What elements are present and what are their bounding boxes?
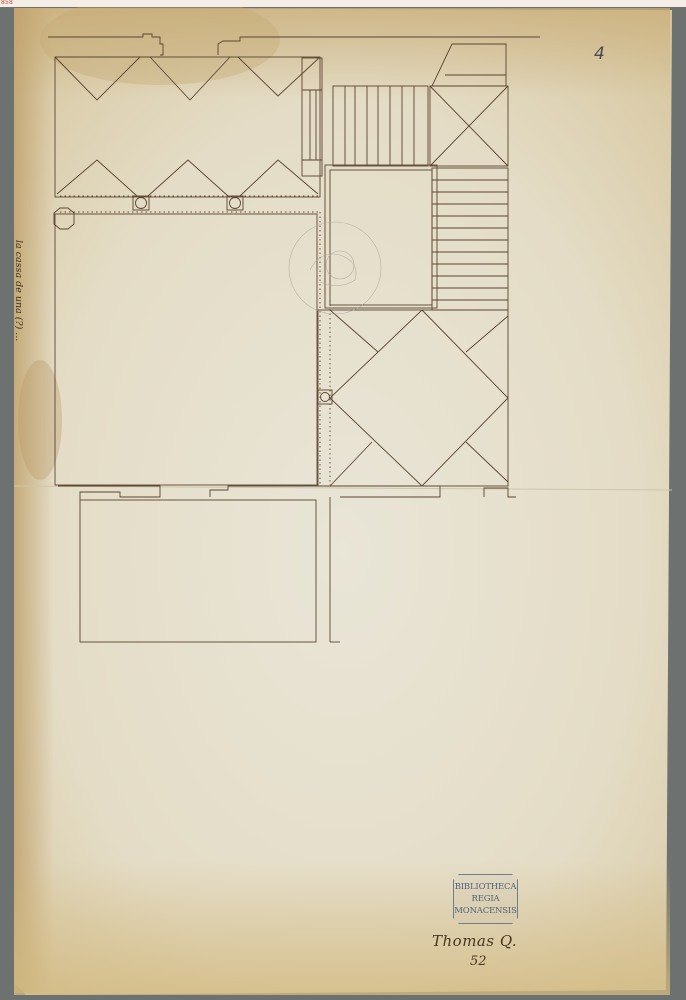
signature-number: 52 [470, 954, 487, 969]
library-stamp: BIBLIOTHECA REGIA MONACENSIS [453, 874, 518, 924]
scan-header-bar: 858 [0, 0, 686, 7]
stamp-line-1: BIBLIOTHECA [455, 881, 517, 893]
margin-annotation: la cassa de una (?) ... [13, 240, 24, 350]
stamp-line-3: MONACENSIS [454, 905, 516, 917]
folio-number: 4 [594, 44, 605, 64]
stamp-line-2: REGIA [472, 893, 500, 905]
signature: Thomas Q. [432, 932, 517, 950]
floor-plan-drawing [0, 0, 686, 1000]
scan-id-label: 858 [1, 0, 13, 6]
drawing-sheet: 858 4 la cassa de una (?) ... BIBLIOTHEC… [0, 0, 686, 1000]
paper [14, 8, 672, 995]
